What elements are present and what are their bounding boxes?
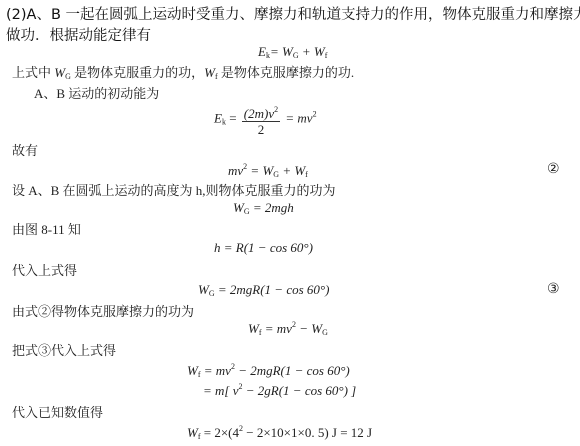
eq-symbol: W: [248, 321, 259, 336]
known-values-text: 代入已知数值得: [12, 402, 103, 421]
eq-rhs: = mv: [262, 321, 292, 336]
equation-final-result: Wf = 2×(42 − 2×10×1×0. 5) J = 12 J: [187, 424, 372, 441]
note-prefix: 上式中: [12, 65, 54, 80]
eq-symbol: W: [233, 200, 244, 215]
wf-symbol: W: [204, 65, 215, 80]
eq-symbol: W: [187, 363, 198, 378]
eq-rest: − 2gR(1 − cos 60°) ]: [243, 383, 357, 398]
eq-rhs: = m[ v: [203, 383, 239, 398]
note-suffix: 是物体克服摩擦力的功.: [218, 65, 355, 80]
therefore-text: 故有: [12, 140, 38, 159]
intro-line-1: (2)A、B 一起在圆弧上运动时受重力、摩擦力和轨道支持力的作用，物体克服重力和…: [6, 3, 580, 24]
fraction-denominator: 2: [242, 122, 280, 137]
equation-tag-3: ③: [547, 281, 560, 297]
numerator-text: (2m)v: [244, 106, 274, 121]
eq-rhs: = 2×(4: [201, 425, 240, 440]
eq-subscript: G: [322, 328, 328, 337]
numerator-superscript: 2: [274, 105, 278, 114]
note-line: 上式中 WG 是物体克服重力的功，Wf 是物体克服摩擦力的功.: [12, 62, 354, 81]
equation-2: mv2 = WG + Wf: [228, 162, 308, 179]
eq-text: h = R(1 − cos 60°): [214, 240, 313, 255]
equation-height: h = R(1 − cos 60°): [214, 240, 313, 256]
eq-rest: − 2×10×1×0. 5) J = 12 J: [243, 425, 372, 440]
eq-subscript: f: [325, 51, 328, 60]
eq-symbol: mv: [228, 163, 243, 178]
substitute-eq3-text: 把式③代入上式得: [12, 340, 116, 359]
eq-symbol: E: [258, 44, 266, 59]
height-text: 设 A、B 在圆弧上运动的高度为 h,则物体克服重力的功为: [12, 180, 336, 199]
fraction-numerator: (2m)v2: [242, 102, 280, 122]
from-eq2-text: 由式②得物体克服摩擦力的功为: [12, 301, 194, 320]
eq-symbol: W: [198, 282, 209, 297]
equation-kinetic-energy-theorem: Ek= WG + Wf: [258, 44, 327, 60]
equation-3: WG = 2mgR(1 − cos 60°): [198, 282, 329, 298]
eq-symbol: = W: [247, 163, 273, 178]
eq-equals: =: [226, 110, 240, 125]
eq-rhs: = 2mgR(1 − cos 60°): [215, 282, 330, 297]
equation-gravity-work: WG = 2mgh: [233, 200, 294, 216]
eq-symbol: E: [214, 110, 222, 125]
equation-friction-work: Wf = mv2 − WG: [248, 320, 328, 337]
eq-rhs: = mv: [201, 363, 231, 378]
fraction: (2m)v22: [242, 102, 280, 137]
wg-symbol: W: [54, 65, 65, 80]
eq-rhs: = mv: [282, 110, 312, 125]
equation-tag-2: ②: [547, 161, 560, 177]
eq-subscript: f: [305, 170, 308, 179]
eq-rhs: = 2mgh: [250, 200, 294, 215]
eq-superscript: 2: [313, 109, 317, 118]
initial-ke-text: A、B 运动的初动能为: [34, 83, 159, 102]
eq-symbol: = W: [270, 44, 293, 59]
equation-friction-work-expanded-2: = m[ v2 − 2gR(1 − cos 60°) ]: [203, 382, 356, 399]
intro-line-2: 做功．根据动能定律有: [6, 24, 151, 45]
equation-friction-work-expanded-1: Wf = mv2 − 2mgR(1 − cos 60°): [187, 362, 350, 379]
eq-rest: − W: [296, 321, 322, 336]
eq-symbol: + W: [279, 163, 305, 178]
substitute-text: 代入上式得: [12, 260, 77, 279]
figure-reference-text: 由图 8-11 知: [12, 219, 81, 238]
eq-symbol: W: [187, 425, 198, 440]
note-mid: 是物体克服重力的功，: [71, 65, 204, 80]
eq-symbol: + W: [299, 44, 325, 59]
eq-rest: − 2mgR(1 − cos 60°): [235, 363, 350, 378]
equation-initial-kinetic-energy: Ek = (2m)v22 = mv2: [214, 102, 317, 137]
